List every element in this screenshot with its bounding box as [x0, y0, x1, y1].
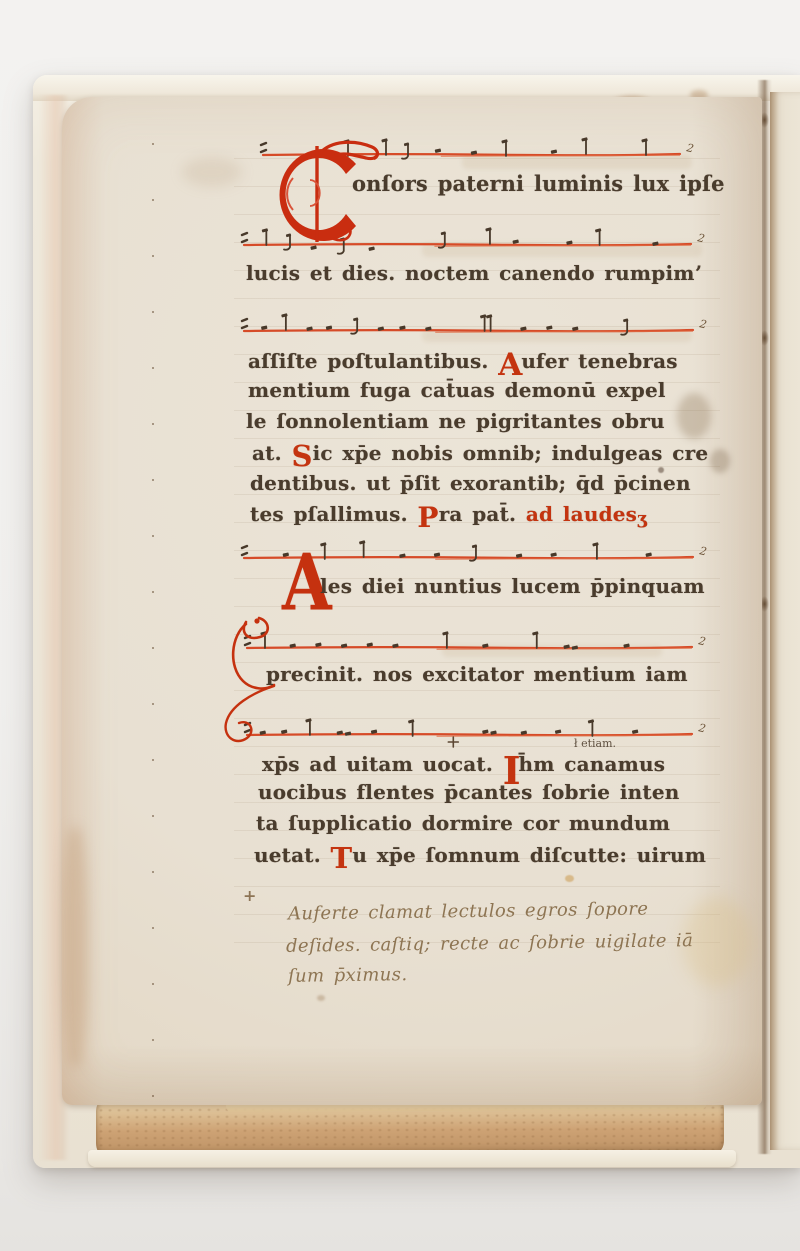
correction-plus [448, 737, 458, 747]
line-text: ra pat̄. [439, 502, 526, 526]
line-text: at. [252, 441, 291, 465]
text-line: le ſonnolentiam ne pigritantes obru [246, 410, 665, 432]
page-stain [317, 995, 325, 1001]
rubric-initial: S [291, 439, 312, 473]
facing-page-edge [770, 92, 800, 1150]
rubric-initial: T [331, 841, 353, 875]
addition-line: ſum p̄ximus. [288, 965, 408, 986]
rubric-text: ad laudes [526, 502, 637, 526]
page-stain [677, 393, 711, 439]
neume-punctum [550, 552, 557, 557]
neume-punctum [546, 325, 553, 330]
line-text: aſſiſte poſtulantibus. [248, 349, 498, 373]
custos-mark: 2 [696, 634, 707, 648]
line-text: lucis et dies. noctem canendo rumpimʼ [246, 261, 702, 285]
custos-mark: 2 [697, 317, 708, 331]
line-text: u xp̄e ſomnum diſcutte: uirum [352, 843, 706, 867]
page-stain [182, 157, 242, 187]
line-text: h̄m canamus [518, 752, 665, 776]
rubric-swash: ʒ [637, 509, 647, 529]
cover-fore-edge [88, 1150, 736, 1167]
line-text: xp̄s ad uitam uocat. [262, 752, 503, 776]
text-line: precinit. nos excitator mentium iam [266, 663, 688, 685]
page-stain [62, 827, 88, 1067]
rubric-initial: P [417, 501, 438, 534]
neume-punctum [261, 325, 268, 330]
neume-punctum [512, 239, 519, 244]
text-line: uocibus flentes p̄cantes ſobrie inten [258, 781, 680, 803]
clef-mark [242, 233, 247, 242]
neume-punctum [345, 731, 352, 736]
line-text: ic xp̄e nobis omnib; indulgeas cre [313, 441, 709, 465]
margin-cross: + [243, 886, 256, 905]
line-text: tes pſallimus. [250, 502, 417, 526]
neume-punctum [632, 729, 639, 734]
text-line: tes pſallimus. Pra pat̄. ad laudesʒ [250, 503, 647, 534]
clef-mark [242, 546, 247, 555]
neume-punctum [645, 552, 652, 557]
line-text: dentibus. ut p̄ſit exorantib; q̄d p̄cine… [250, 471, 691, 495]
custos-mark: 2 [697, 544, 708, 558]
custos-mark: 2 [695, 231, 706, 245]
photo-backdrop: 2 2 2 2 2 2 A onſors paterni luminis lux… [0, 0, 800, 1251]
line-text: ufer tenebras [521, 349, 677, 373]
text-line: uetat. Tu xp̄e ſomnum diſcutte: uirum [254, 843, 706, 875]
text-line: onſors paterni luminis lux ipſe [352, 172, 725, 195]
text-line: ta ſupplicatio dormire cor mundum [256, 812, 670, 834]
neume-punctum [435, 148, 442, 153]
line-text: uetat. [254, 843, 331, 867]
neume-punctum [551, 149, 558, 154]
page-stack-edges [96, 1097, 724, 1156]
text-line: at. Sic xp̄e nobis omnib; indulgeas cre [252, 441, 708, 473]
text-line: aſſiſte poſtulantibus. Aufer tenebras [248, 348, 678, 382]
line-text: precinit. nos excitator mentium iam [266, 662, 688, 686]
line-text: ſum p̄ximus. [288, 964, 408, 987]
line-text: le ſonnolentiam ne pigritantes obru [246, 409, 665, 433]
neume-punctum [482, 729, 489, 734]
page-stain [565, 875, 574, 882]
line-text: ta ſupplicatio dormire cor mundum [256, 811, 670, 835]
line-text: uocibus flentes p̄cantes ſobrie inten [258, 780, 680, 804]
text-line: mentium fuga cat̄uas demonū expel [248, 379, 666, 401]
text-line: lucis et dies. noctem canendo rumpimʼ [246, 262, 702, 284]
text-line: les diei nuntius lucem p̄pinquam [320, 575, 705, 597]
neume-podatus [621, 320, 627, 335]
pricking-holes [152, 143, 154, 1105]
line-text: les diei nuntius lucem p̄pinquam [320, 574, 705, 598]
text-line: dentibus. ut p̄ſit exorantib; q̄d p̄cine… [250, 472, 691, 494]
neume-podatus [439, 233, 445, 248]
neume-podatus [402, 144, 408, 159]
line-text: onſors paterni luminis lux ipſe [352, 171, 725, 196]
interlinear-gloss: ł etiam. [574, 737, 616, 750]
neume-podatus [351, 319, 357, 334]
neume-punctum [555, 729, 562, 734]
page-stain [710, 449, 730, 473]
custos-mark: 2 [696, 721, 707, 735]
manuscript-page: 2 2 2 2 2 2 A onſors paterni luminis lux… [62, 97, 762, 1105]
line-text: mentium fuga cat̄uas demonū expel [248, 378, 666, 402]
custos-mark: 2 [684, 141, 695, 155]
neume-punctum [281, 729, 288, 734]
clef-mark [242, 319, 247, 328]
